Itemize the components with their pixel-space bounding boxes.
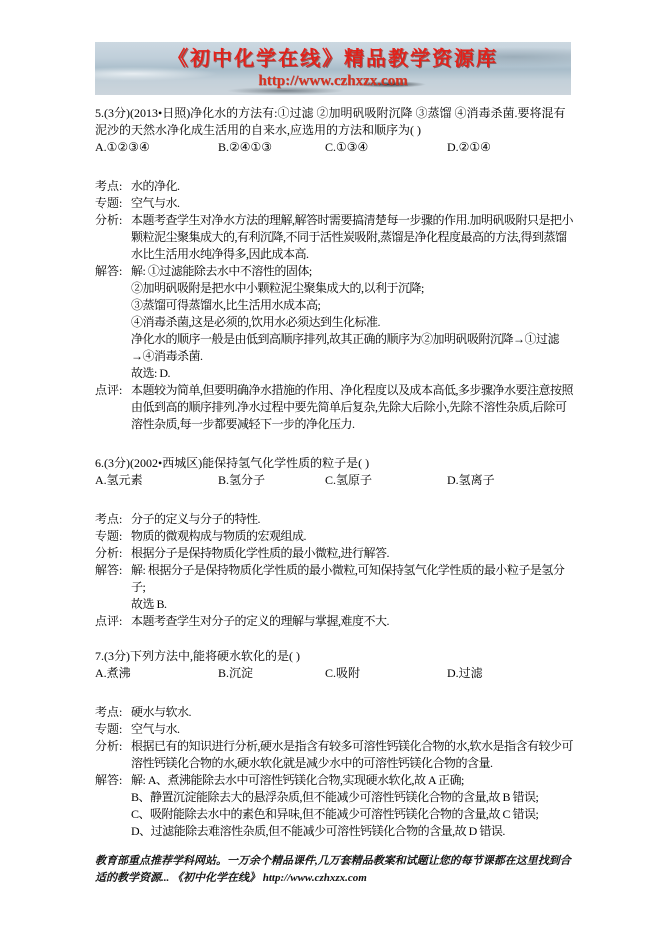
answer-sections: 考点: 硬水与软水. 专题: 空气与水. 分析: 根据已有的知识进行分析,硬水是…	[95, 704, 575, 840]
section-label: 点评:	[95, 382, 131, 399]
options-row: A.氢元素 B.氢分子 C.氢原子 D.氢离子	[95, 472, 575, 489]
solution-line: 解: A、煮沸能除去水中可溶性钙镁化合物,实现硬水软化,故 A 正确;	[131, 772, 575, 789]
section-label: 专题:	[95, 721, 131, 738]
section-content: 本题考查学生对分子的定义的理解与掌握,难度不大.	[131, 613, 575, 630]
solution-line: ③蒸馏可得蒸馏水,比生活用水成本高;	[131, 297, 575, 314]
banner-url: http://www.czhxzx.com	[95, 72, 571, 90]
solution-line: ②加明矾吸附是把水中小颗粒泥尘聚集成大的,以利于沉降;	[131, 280, 575, 297]
options-row: A.①②③④ B.②④①③ C.①③④ D.②①④	[95, 139, 575, 156]
section-content: 空气与水.	[131, 721, 575, 738]
section-jieda: 解答: 解: 根据分子是保持物质化学性质的最小微粒,可知保持氢气化学性质的最小粒…	[95, 562, 575, 613]
section-label: 点评:	[95, 613, 131, 630]
footer-note: 教育部重点推荐学科网站。一万余个精品课件,几万套精品教案和试题让您的每节课都在这…	[95, 853, 573, 887]
section-label: 考点:	[95, 704, 131, 721]
option-c: C.①③④	[325, 139, 447, 156]
option-d: D.过滤	[447, 665, 575, 682]
solution-line: C、吸附能除去水中的素色和异味,但不能减少可溶性钙镁化合物的含量,故 C 错误;	[131, 806, 575, 823]
option-d: D.氢离子	[447, 472, 575, 489]
section-fenxi: 分析: 根据分子是保持物质化学性质的最小微粒,进行解答.	[95, 545, 575, 562]
section-jieda: 解答: 解: ①过滤能除去水中不溶性的固体; ②加明矾吸附是把水中小颗粒泥尘聚集…	[95, 263, 575, 382]
section-content: 解: ①过滤能除去水中不溶性的固体; ②加明矾吸附是把水中小颗粒泥尘聚集成大的,…	[131, 263, 575, 382]
solution-line: 解: 根据分子是保持物质化学性质的最小微粒,可知保持氢气化学性质的最小粒子是氢分…	[131, 562, 575, 596]
site-banner: 《初中化学在线》精品教学资源库 http://www.czhxzx.com	[95, 42, 571, 95]
section-fenxi: 分析: 本题考查学生对净水方法的理解,解答时需要搞清楚每一步骤的作用.加明矾吸附…	[95, 212, 575, 263]
question-block-5: 5.(3分)(2013•日照)净化水的方法有:①过滤 ②加明矾吸附沉降 ③蒸馏 …	[95, 105, 575, 433]
section-label: 专题:	[95, 195, 131, 212]
option-c: C.氢原子	[325, 472, 447, 489]
section-content: 物质的微观构成与物质的宏观组成.	[131, 528, 575, 545]
section-content: 根据分子是保持物质化学性质的最小微粒,进行解答.	[131, 545, 575, 562]
answer-sections: 考点: 水的净化. 专题: 空气与水. 分析: 本题考查学生对净水方法的理解,解…	[95, 178, 575, 433]
document-page: 《初中化学在线》精品教学资源库 http://www.czhxzx.com 5.…	[0, 0, 661, 935]
section-dianping: 点评: 本题考查学生对分子的定义的理解与掌握,难度不大.	[95, 613, 575, 630]
solution-line: 净化水的顺序一般是由低到高顺序排列,故其正确的顺序为②加明矾吸附沉降→①过滤→④…	[131, 331, 575, 365]
solution-line: ④消毒杀菌,这是必须的,饮用水必须达到生化标准.	[131, 314, 575, 331]
section-zhuanti: 专题: 空气与水.	[95, 721, 575, 738]
section-label: 解答:	[95, 562, 131, 579]
option-a: A.①②③④	[95, 139, 218, 156]
option-b: B.沉淀	[218, 665, 325, 682]
solution-line: B、静置沉淀能除去大的悬浮杂质,但不能减少可溶性钙镁化合物的含量,故 B 错误;	[131, 789, 575, 806]
section-content: 根据已有的知识进行分析,硬水是指含有较多可溶性钙镁化合物的水,软水是指含有较少可…	[131, 738, 575, 772]
section-zhuanti: 专题: 空气与水.	[95, 195, 575, 212]
section-label: 专题:	[95, 528, 131, 545]
option-c: C.吸附	[325, 665, 447, 682]
section-content: 解: 根据分子是保持物质化学性质的最小微粒,可知保持氢气化学性质的最小粒子是氢分…	[131, 562, 575, 613]
answer-choice-line: 故选 B.	[131, 596, 575, 613]
solution-line: D、过滤能除去难溶性杂质,但不能减少可溶性钙镁化合物的含量,故 D 错误.	[131, 823, 575, 840]
section-kaodian: 考点: 分子的定义与分子的特性.	[95, 511, 575, 528]
section-label: 分析:	[95, 212, 131, 229]
section-content: 硬水与软水.	[131, 704, 575, 721]
section-content: 本题考查学生对净水方法的理解,解答时需要搞清楚每一步骤的作用.加明矾吸附只是把小…	[131, 212, 575, 263]
section-content: 水的净化.	[131, 178, 575, 195]
section-content: 空气与水.	[131, 195, 575, 212]
question-stem: 7.(3分)下列方法中,能将硬水软化的是( )	[95, 648, 575, 665]
options-row: A.煮沸 B.沉淀 C.吸附 D.过滤	[95, 665, 575, 682]
section-kaodian: 考点: 硬水与软水.	[95, 704, 575, 721]
option-b: B.②④①③	[218, 139, 325, 156]
question-stem: 6.(3分)(2002•西城区)能保持氢气化学性质的粒子是( )	[95, 455, 575, 472]
section-fenxi: 分析: 根据已有的知识进行分析,硬水是指含有较多可溶性钙镁化合物的水,软水是指含…	[95, 738, 575, 772]
section-content: 本题较为简单,但要明确净水措施的作用、净化程度以及成本高低,多步骤净水要注意按照…	[131, 382, 575, 433]
question-stem: 5.(3分)(2013•日照)净化水的方法有:①过滤 ②加明矾吸附沉降 ③蒸馏 …	[95, 105, 575, 139]
section-label: 分析:	[95, 738, 131, 755]
section-label: 考点:	[95, 511, 131, 528]
section-dianping: 点评: 本题较为简单,但要明确净水措施的作用、净化程度以及成本高低,多步骤净水要…	[95, 382, 575, 433]
solution-line: 解: ①过滤能除去水中不溶性的固体;	[131, 263, 575, 280]
section-label: 考点:	[95, 178, 131, 195]
section-content: 解: A、煮沸能除去水中可溶性钙镁化合物,实现硬水软化,故 A 正确; B、静置…	[131, 772, 575, 840]
option-b: B.氢分子	[218, 472, 325, 489]
option-a: A.氢元素	[95, 472, 218, 489]
section-jieda: 解答: 解: A、煮沸能除去水中可溶性钙镁化合物,实现硬水软化,故 A 正确; …	[95, 772, 575, 840]
section-label: 解答:	[95, 772, 131, 789]
section-label: 分析:	[95, 545, 131, 562]
section-zhuanti: 专题: 物质的微观构成与物质的宏观组成.	[95, 528, 575, 545]
option-a: A.煮沸	[95, 665, 218, 682]
banner-title: 《初中化学在线》精品教学资源库	[95, 47, 571, 71]
section-kaodian: 考点: 水的净化.	[95, 178, 575, 195]
section-content: 分子的定义与分子的特性.	[131, 511, 575, 528]
answer-sections: 考点: 分子的定义与分子的特性. 专题: 物质的微观构成与物质的宏观组成. 分析…	[95, 511, 575, 630]
option-d: D.②①④	[447, 139, 575, 156]
question-block-6: 6.(3分)(2002•西城区)能保持氢气化学性质的粒子是( ) A.氢元素 B…	[95, 455, 575, 630]
answer-choice-line: 故选: D.	[131, 365, 575, 382]
section-label: 解答:	[95, 263, 131, 280]
question-block-7: 7.(3分)下列方法中,能将硬水软化的是( ) A.煮沸 B.沉淀 C.吸附 D…	[95, 648, 575, 840]
